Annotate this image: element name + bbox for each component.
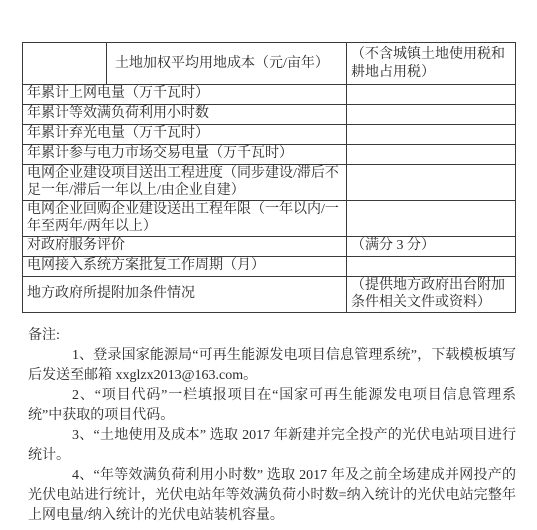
row-note-cell: [347, 201, 516, 237]
row-label-cell: 地方政府所提附加条件情况: [23, 277, 347, 313]
row-label-cell: 电网企业建设项目送出工程进度（同步建设/滞后不足一年/滞后一年以上/由企业自建）: [23, 165, 347, 201]
table-row: 地方政府所提附加条件情况 （提供地方政府出台附加条件相关文件或资料）: [23, 277, 516, 313]
row-label-cell: 年累计参与电力市场交易电量（万千瓦时）: [23, 145, 347, 165]
row-note-cell: [347, 125, 516, 145]
header-label-cell: 土地加权平均用地成本（元/亩年）: [107, 43, 347, 85]
row-label-cell: 年累计弃光电量（万千瓦时）: [23, 125, 347, 145]
table-row: 电网企业回购企业建设送出工程年限（一年以内/一年至两年/两年以上）: [23, 201, 516, 237]
header-note-cell: （不含城镇土地使用税和耕地占用税）: [347, 43, 516, 85]
row-note-cell: [347, 105, 516, 125]
table-row: 年累计等效满负荷利用小时数: [23, 105, 516, 125]
row-note-cell: [347, 145, 516, 165]
note-item-2: 2、“项目代码”一栏填报项目在“国家可再生能源发电项目信息管理系统”中获取的项目…: [28, 386, 516, 426]
note-item-1: 1、登录国家能源局“可再生能源发电项目信息管理系统”，下载模板填写后发送至邮箱 …: [28, 346, 516, 386]
row-label-cell: 对政府服务评价: [23, 237, 347, 257]
table-header-row: 土地加权平均用地成本（元/亩年） （不含城镇土地使用税和耕地占用税）: [23, 43, 516, 85]
notes-section: 备注: 1、登录国家能源局“可再生能源发电项目信息管理系统”，下载模板填写后发送…: [28, 326, 516, 526]
table-row: 年累计上网电量（万千瓦时）: [23, 85, 516, 105]
table-row: 电网企业建设项目送出工程进度（同步建设/滞后不足一年/滞后一年以上/由企业自建）: [23, 165, 516, 201]
form-table: 土地加权平均用地成本（元/亩年） （不含城镇土地使用税和耕地占用税） 年累计上网…: [22, 42, 516, 313]
table-row: 对政府服务评价 （满分 3 分）: [23, 237, 516, 257]
row-label-cell: 电网企业回购企业建设送出工程年限（一年以内/一年至两年/两年以上）: [23, 201, 347, 237]
table-row: 电网接入系统方案批复工作周期（月）: [23, 257, 516, 277]
row-note-cell: [347, 85, 516, 105]
row-note-cell: （满分 3 分）: [347, 237, 516, 257]
table-row: 年累计弃光电量（万千瓦时）: [23, 125, 516, 145]
notes-title: 备注:: [28, 326, 516, 346]
table-row: 年累计参与电力市场交易电量（万千瓦时）: [23, 145, 516, 165]
row-note-cell: [347, 165, 516, 201]
header-empty-cell: [23, 43, 107, 85]
row-label-cell: 年累计上网电量（万千瓦时）: [23, 85, 347, 105]
row-note-cell: （提供地方政府出台附加条件相关文件或资料）: [347, 277, 516, 313]
row-note-cell: [347, 257, 516, 277]
note-item-4: 4、“年等效满负荷利用小时数” 选取 2017 年及之前全场建成并网投产的光伏电…: [28, 466, 516, 526]
row-label-cell: 电网接入系统方案批复工作周期（月）: [23, 257, 347, 277]
note-item-3: 3、“土地使用及成本” 选取 2017 年新建并完全投产的光伏电站项目进行统计。: [28, 426, 516, 466]
document-page: 土地加权平均用地成本（元/亩年） （不含城镇土地使用税和耕地占用税） 年累计上网…: [0, 0, 537, 530]
row-label-cell: 年累计等效满负荷利用小时数: [23, 105, 347, 125]
